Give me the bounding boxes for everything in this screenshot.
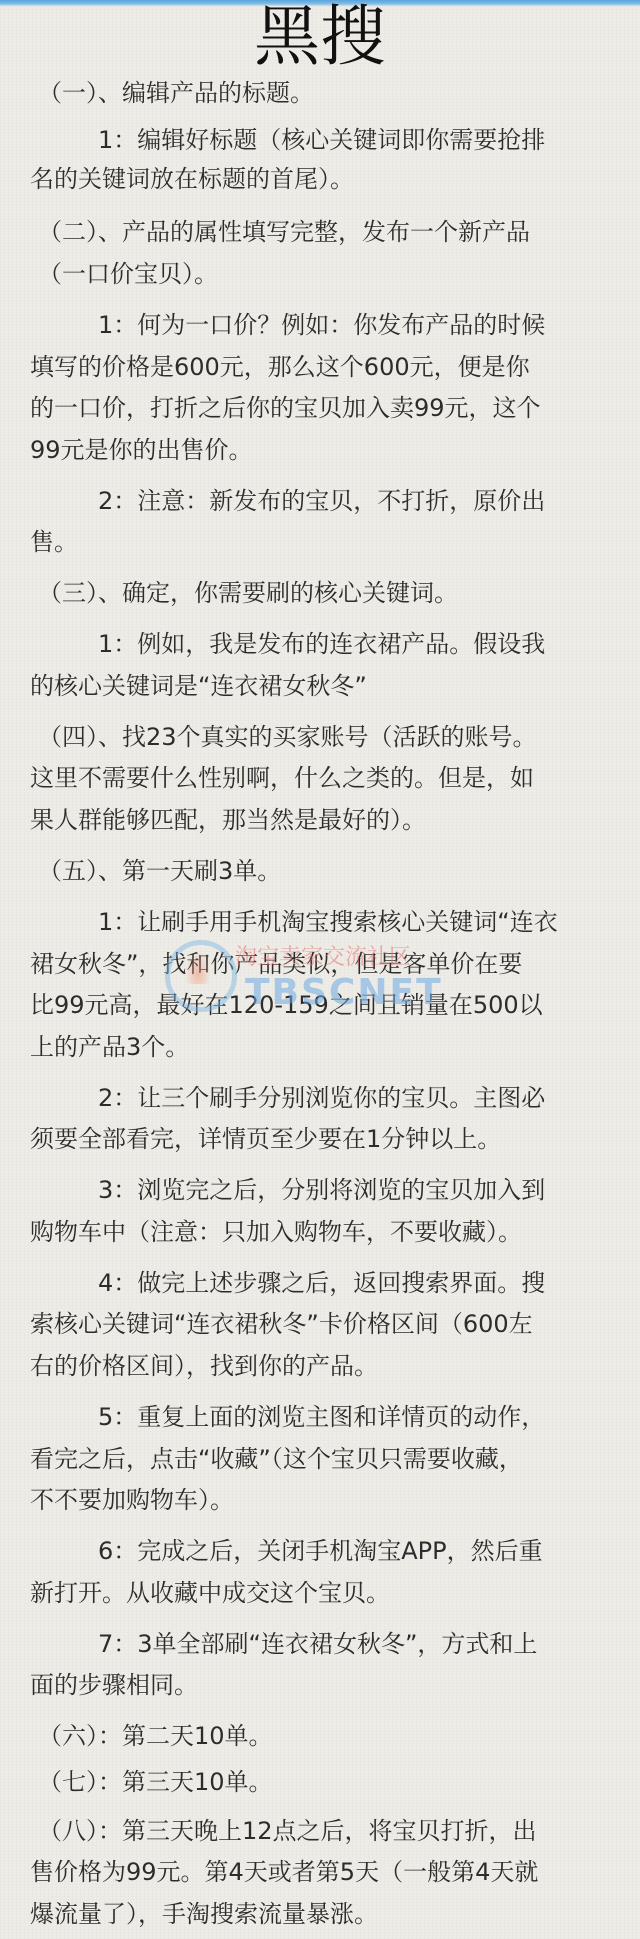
text-line: 不不要加购物车）。 (30, 1485, 234, 1515)
text-line: （七）：第三天10单。 (38, 1767, 273, 1797)
text-line: 新打开。从收藏中成交这个宝贝。 (30, 1578, 390, 1608)
text-line: 须要全部看完，详情页至少要在1分钟以上。 (30, 1124, 501, 1154)
text-line: （一）、编辑产品的标题。 (38, 78, 314, 108)
text-line: 面的步骤相同。 (30, 1670, 198, 1700)
text-line: 的核心关键词是“连衣裙女秋冬” (30, 671, 367, 701)
text-line: 看完之后，点击“收藏”（这个宝贝只需要收藏， (30, 1444, 523, 1474)
text-line: 购物车中（注意：只加入购物车，不要收藏）。 (30, 1217, 522, 1247)
text-line: （五）、第一天刷3单。 (38, 856, 281, 886)
text-line: （六）：第二天10单。 (38, 1721, 273, 1751)
text-line: 果人群能够匹配，那当然是最好的）。 (30, 805, 426, 835)
text-line: 1：编辑好标题（核心关键词即你需要抢排 (98, 125, 545, 155)
text-line: 售。 (30, 527, 78, 557)
text-line: 这里不需要什么性别啊，什么之类的。但是，如 (30, 763, 534, 793)
text-line: （三）、确定，你需要刷的核心关键词。 (38, 578, 458, 608)
text-line: 爆流量了），手淘搜索流量暴涨。 (30, 1899, 378, 1929)
text-line: 1：何为一口价？例如：你发布产品的时候 (98, 310, 545, 340)
text-line: 裙女秋冬”，找和你产品类似，但是客单价在要 (30, 949, 522, 979)
text-line: 6：完成之后，关闭手机淘宝APP，然后重 (98, 1536, 543, 1566)
text-line: 7：3单全部刷“连衣裙女秋冬”，方式和上 (98, 1629, 537, 1659)
document-title: 黑搜 (0, 2, 640, 72)
text-line: 1：让刷手用手机淘宝搜索核心关键词“连衣 (98, 907, 558, 937)
text-line: 填写的价格是600元，那么这个600元，便是你 (30, 352, 530, 382)
text-line: （八）：第三天晚上12点之后，将宝贝打折，出 (38, 1816, 537, 1846)
text-line: 4：做完上述步骤之后，返回搜索界面。搜 (98, 1268, 545, 1298)
text-line: 上的产品3个。 (30, 1032, 189, 1062)
text-line: （一口价宝贝）。 (38, 259, 218, 289)
text-line: 的一口价，打折之后你的宝贝加入卖99元，这个 (30, 393, 541, 423)
text-line: 名的关键词放在标题的首尾）。 (30, 164, 354, 194)
text-line: 右的价格区间），找到你的产品。 (30, 1351, 378, 1381)
text-line: 3：浏览完之后，分别将浏览的宝贝加入到 (98, 1175, 545, 1205)
text-line: 索核心关键词“连衣裙秋冬”卡价格区间（600左 (30, 1309, 533, 1339)
text-line: 5：重复上面的浏览主图和详情页的动作， (98, 1402, 545, 1432)
text-line: 99元是你的出售价。 (30, 435, 253, 465)
text-line: 1：例如，我是发布的连衣裙产品。假设我 (98, 629, 545, 659)
text-line: 比99元高，最好在120-159之间且销量在500以 (30, 990, 543, 1020)
text-line: （二）、产品的属性填写完整，发布一个新产品 (38, 217, 530, 247)
text-line: 2：注意：新发布的宝贝，不打折，原价出 (98, 486, 545, 516)
text-line: 售价格为99元。第4天或者第5天（一般第4天就 (30, 1857, 538, 1887)
text-line: 2：让三个刷手分别浏览你的宝贝。主图必 (98, 1083, 545, 1113)
text-line: （四）、找23个真实的买家账号（活跃的账号。 (38, 722, 537, 752)
